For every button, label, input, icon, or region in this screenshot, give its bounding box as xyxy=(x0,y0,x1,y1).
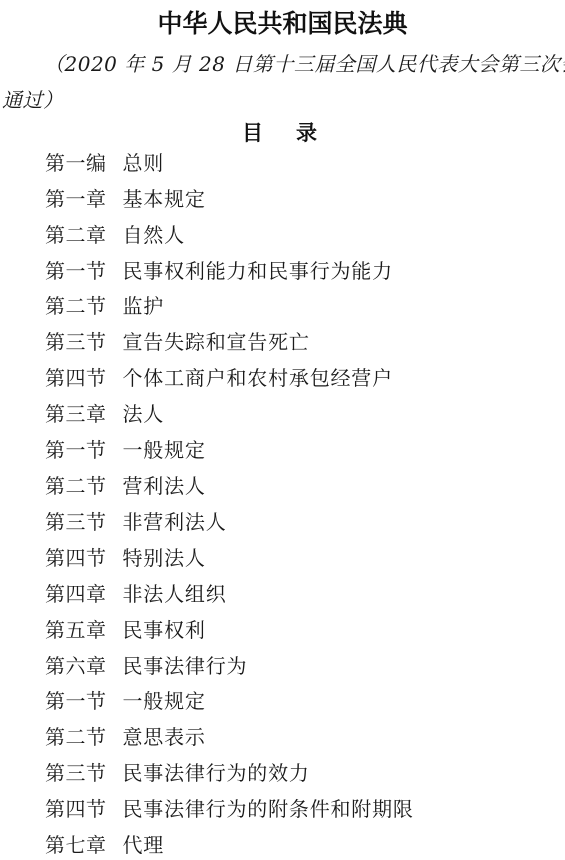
toc-item: 第四节特别法人 xyxy=(45,541,565,577)
toc-item-label: 第三节 xyxy=(45,325,107,361)
toc-item: 第二节营利法人 xyxy=(45,469,565,505)
toc-item-title: 一般规定 xyxy=(123,689,206,713)
toc-item: 第三节宣告失踪和宣告死亡 xyxy=(45,325,565,361)
toc-item-label: 第四章 xyxy=(45,577,107,613)
toc-item-title: 总则 xyxy=(123,151,165,175)
toc-item-label: 第三章 xyxy=(45,397,107,433)
toc-item-title: 民事法律行为 xyxy=(123,654,248,678)
toc-item: 第一节一般规定 xyxy=(45,684,565,720)
toc-item: 第一章基本规定 xyxy=(45,182,565,218)
toc-item: 第一节民事权利能力和民事行为能力 xyxy=(45,254,565,290)
toc-item-label: 第一节 xyxy=(45,684,107,720)
toc-item: 第四章非法人组织 xyxy=(45,577,565,613)
toc-item-title: 民事法律行为的附条件和附期限 xyxy=(123,797,414,821)
toc-item-title: 基本规定 xyxy=(123,187,206,211)
toc-item-label: 第三节 xyxy=(45,756,107,792)
toc-item: 第五章民事权利 xyxy=(45,613,565,649)
toc-item-label: 第五章 xyxy=(45,613,107,649)
toc-item-title: 非营利法人 xyxy=(123,510,227,534)
toc-item: 第七章代理 xyxy=(45,828,565,860)
toc-item-title: 一般规定 xyxy=(123,438,206,462)
toc-item: 第四节民事法律行为的附条件和附期限 xyxy=(45,792,565,828)
toc-item: 第三节民事法律行为的效力 xyxy=(45,756,565,792)
toc-item-label: 第二节 xyxy=(45,289,107,325)
toc-item-label: 第七章 xyxy=(45,828,107,860)
toc-item-label: 第一节 xyxy=(45,433,107,469)
toc-item: 第一节一般规定 xyxy=(45,433,565,469)
toc-item-title: 民事法律行为的效力 xyxy=(123,761,310,785)
toc-item-label: 第二节 xyxy=(45,469,107,505)
toc-item: 第二章自然人 xyxy=(45,218,565,254)
toc-item: 第二节意思表示 xyxy=(45,720,565,756)
toc-item-label: 第四节 xyxy=(45,541,107,577)
toc-list: 第一编总则第一章基本规定第二章自然人第一节民事权利能力和民事行为能力第二节监护第… xyxy=(0,146,565,860)
toc-item-title: 民事权利能力和民事行为能力 xyxy=(123,259,393,283)
toc-item-label: 第二章 xyxy=(45,218,107,254)
toc-item-title: 个体工商户和农村承包经营户 xyxy=(123,366,393,390)
subtitle-line-1: （2020 年 5 月 28 日第十三届全国人民代表大会第三次会议 xyxy=(0,47,565,83)
toc-item-label: 第一编 xyxy=(45,146,107,182)
document-title: 中华人民共和国民法典 xyxy=(0,0,565,39)
toc-item: 第四节个体工商户和农村承包经营户 xyxy=(45,361,565,397)
toc-item: 第二节监护 xyxy=(45,289,565,325)
toc-item-label: 第六章 xyxy=(45,649,107,685)
subtitle-line-2: 通过） xyxy=(0,83,565,119)
toc-item: 第三章法人 xyxy=(45,397,565,433)
toc-item-title: 监护 xyxy=(123,294,165,318)
toc-item-title: 营利法人 xyxy=(123,474,206,498)
toc-heading: 目 录 xyxy=(0,119,565,146)
toc-item-title: 代理 xyxy=(123,833,165,857)
toc-item-title: 自然人 xyxy=(123,223,185,247)
toc-item-title: 法人 xyxy=(123,402,165,426)
toc-item-label: 第四节 xyxy=(45,792,107,828)
toc-item-title: 宣告失踪和宣告死亡 xyxy=(123,330,310,354)
toc-item-label: 第四节 xyxy=(45,361,107,397)
toc-item-label: 第一章 xyxy=(45,182,107,218)
document-subtitle: （2020 年 5 月 28 日第十三届全国人民代表大会第三次会议 通过） xyxy=(0,47,565,119)
toc-item-label: 第三节 xyxy=(45,505,107,541)
toc-item-title: 非法人组织 xyxy=(123,582,227,606)
document-page: 中华人民共和国民法典 （2020 年 5 月 28 日第十三届全国人民代表大会第… xyxy=(0,0,565,860)
toc-item: 第六章民事法律行为 xyxy=(45,649,565,685)
toc-item-title: 民事权利 xyxy=(123,618,206,642)
toc-item-title: 特别法人 xyxy=(123,546,206,570)
toc-item-title: 意思表示 xyxy=(123,725,206,749)
toc-item: 第三节非营利法人 xyxy=(45,505,565,541)
toc-item-label: 第一节 xyxy=(45,254,107,290)
toc-item-label: 第二节 xyxy=(45,720,107,756)
toc-item: 第一编总则 xyxy=(45,146,565,182)
